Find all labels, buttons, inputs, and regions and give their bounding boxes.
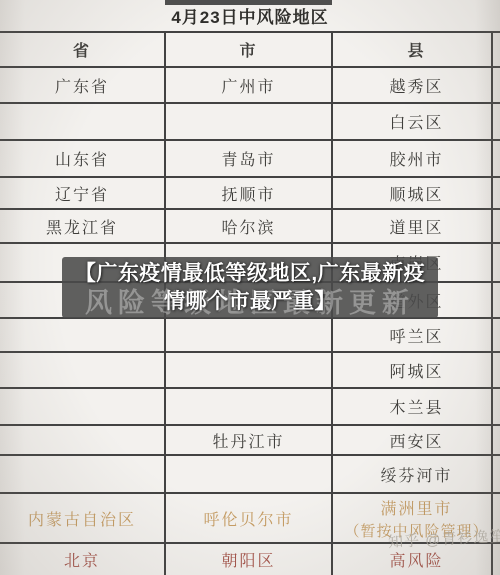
table-row: 阿城区 — [0, 352, 500, 388]
table-row: 山东省 青岛市 胶州市 — [0, 140, 500, 177]
table-row: 木兰县 — [0, 388, 500, 425]
overlay-caption: 【广东疫情最低等级地区,广东最新疫 情哪个市最严重】 — [62, 257, 438, 316]
cell-city: 青岛市 — [165, 140, 332, 177]
cell-province: 黑龙江省 — [0, 209, 165, 243]
cell-province: 北京 — [0, 543, 165, 575]
cell-province — [0, 455, 165, 493]
cell-province: 内蒙古自治区 — [0, 493, 165, 543]
cell-county: 阿城区 — [332, 352, 500, 388]
column-header-county: 县 — [332, 32, 500, 67]
county-name: 满洲里市 — [333, 496, 500, 519]
cell-county: 顺城区 — [332, 177, 500, 209]
overlay-caption-line1: 【广东疫情最低等级地区,广东最新疫 — [62, 260, 438, 288]
cell-city: 广州市 — [165, 67, 332, 103]
cell-province: 辽宁省 — [0, 177, 165, 209]
cell-city — [165, 318, 332, 352]
table-row: 辽宁省 抚顺市 顺城区 — [0, 177, 500, 209]
cell-city — [165, 388, 332, 425]
table-right-border — [491, 32, 493, 575]
cell-province — [0, 388, 165, 425]
column-header-province: 省 — [0, 32, 165, 67]
cell-county: 白云区 — [332, 103, 500, 140]
cell-county: 胶州市 — [332, 140, 500, 177]
table-row: 绥芬河市 — [0, 455, 500, 493]
caption-overlay: 风险等级地区最新更新 【广东疫情最低等级地区,广东最新疫 情哪个市最严重】 — [62, 257, 438, 318]
cell-city: 牡丹江市 — [165, 425, 332, 455]
cell-city: 哈尔滨 — [165, 209, 332, 243]
cell-county: 木兰县 — [332, 388, 500, 425]
column-header-city: 市 — [165, 32, 332, 67]
table-row: 呼兰区 — [0, 318, 500, 352]
cell-province — [0, 318, 165, 352]
table-row: 广东省 广州市 越秀区 — [0, 67, 500, 103]
cell-province: 山东省 — [0, 140, 165, 177]
cropped-element-top — [165, 0, 332, 5]
table-row: 白云区 — [0, 103, 500, 140]
cell-province — [0, 425, 165, 455]
table-row: 黑龙江省 哈尔滨 道里区 — [0, 209, 500, 243]
cell-city — [165, 103, 332, 140]
table-row: 牡丹江市 西安区 — [0, 425, 500, 455]
cell-county: 呼兰区 — [332, 318, 500, 352]
cell-city — [165, 352, 332, 388]
cell-county: 绥芬河市 — [332, 455, 500, 493]
overlay-caption-line2: 情哪个市最严重】 — [62, 288, 438, 316]
cell-province — [0, 352, 165, 388]
cell-city: 朝阳区 — [165, 543, 332, 575]
cell-county: 道里区 — [332, 209, 500, 243]
cell-province: 广东省 — [0, 67, 165, 103]
cell-city: 呼伦贝尔市 — [165, 493, 332, 543]
cell-city — [165, 455, 332, 493]
screenshot-root: 4月23日中风险地区 省 市 县 广东省 广州市 越秀区 白云区 山东省 青岛市 — [0, 0, 500, 575]
cell-county: 西安区 — [332, 425, 500, 455]
cell-city: 抚顺市 — [165, 177, 332, 209]
cell-province — [0, 103, 165, 140]
cell-county: 越秀区 — [332, 67, 500, 103]
